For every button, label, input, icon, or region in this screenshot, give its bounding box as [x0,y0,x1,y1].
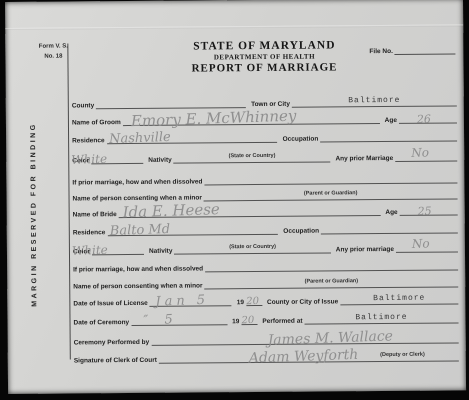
row-bride-name: Name of Bride Ida E. Heese Age 25 [73,203,458,218]
license-year-line: 20 [246,295,262,306]
bride-name-value: Ida E. Heese [122,202,220,220]
groom-color-value: White [71,153,107,166]
groom-prior-value: No [411,146,429,159]
bride-consent-label: Name of person consenting when a minor [73,283,204,291]
groom-occupation-label: Occupation [278,136,321,143]
bride-prior-value: No [412,237,430,250]
performed-at-value: Baltimore [355,313,407,322]
bride-nativity-label: Nativity [144,248,175,255]
file-no-field: File No. [369,44,455,55]
ceremony-year-prefix: 19 [227,319,241,326]
town-line: Baltimore [292,95,457,107]
bride-name-label: Name of Bride [73,212,119,219]
bride-residence-value: Balto Md [109,223,170,238]
groom-color-line: White [91,153,143,164]
bride-color-value: White [72,244,108,257]
performed-by-label: Ceremony Performed by [74,339,152,346]
row-bride-residence: Residence Balto Md Occupation [73,221,458,236]
binding-margin-rule [67,44,70,360]
document-header: STATE OF MARYLAND DEPARTMENT OF HEALTH R… [145,39,383,75]
bride-prior-label: Any prior marriage [331,246,396,253]
ceremony-date-line: ″ 5 [131,314,227,326]
bride-age-label: Age [380,209,399,216]
license-date-value: Jan 5 [156,294,210,309]
clerk-signature-value: Adam Weyforth [249,348,359,366]
groom-prior-label: Any prior Marriage [330,155,395,162]
groom-nativity-label: Nativity [143,157,174,164]
ceremony-year-value: 20 [241,316,254,326]
bride-nativity-line: (State or Country) [174,242,330,254]
bride-residence-label: Residence [73,230,108,237]
town-value: Baltimore [348,96,400,105]
county-line [96,97,246,109]
row-ceremony-date: Date of Ceremony ″ 5 19 20 Performed at … [73,311,458,326]
groom-name-value: Emory E. McWhinney [130,109,296,130]
bride-nativity-sublabel: (State or Country) [229,245,276,251]
row-bride-dissolved: If prior marriage, how and when dissolve… [73,258,458,273]
form-number: Form V. S. No. 18 [29,41,77,62]
bride-name-line: Ida E. Heese [119,205,381,218]
form-number-line2: No. 18 [29,52,77,63]
bride-consent-sublabel: (Parent or Guardian) [305,279,359,285]
groom-nativity-sublabel: (State or Country) [229,154,276,160]
row-performed-by: Ceremony Performed by James M. Wallace [74,331,459,346]
groom-name-line: Emory E. McWhinney [123,113,380,126]
performed-by-line: James M. Wallace [151,332,459,345]
groom-consent-line: (Parent or Guardian) [204,188,458,201]
performed-by-value: James M. Wallace [268,329,394,347]
header-title: REPORT OF MARRIAGE [145,61,383,75]
ceremony-date-label: Date of Ceremony [73,320,131,327]
groom-residence-line: Nashville [107,132,278,144]
row-bride-color: Color White Nativity (State or Country) … [73,240,458,255]
row-groom-residence: Residence Nashville Occupation [72,129,457,144]
groom-residence-value: Nashville [108,131,170,146]
groom-age-label: Age [380,117,399,124]
county-label: County [72,103,96,110]
bride-dissolved-line [205,259,458,272]
form-number-line1: Form V. S. [29,41,77,52]
row-groom-dissolved: If prior marriage, how and when dissolve… [72,171,457,186]
row-groom-color: Color White Nativity (State or Country) … [72,149,457,164]
binding-margin-note: MARGIN RESERVED FOR BINDING [30,84,39,346]
license-issue-line: Baltimore [340,293,458,305]
groom-nativity-line: (State or Country) [174,151,331,163]
row-license: Date of Issue of License Jan 5 19 20 Cou… [73,292,458,307]
document-scan: Form V. S. No. 18 MARGIN RESERVED FOR BI… [5,0,466,394]
row-groom-consent: Name of person consenting when a minor (… [72,187,457,202]
bride-age-line: 25 [400,204,458,215]
clerk-signature-line: Adam Weyforth (Deputy or Clerk) [159,350,459,363]
row-clerk-signature: Signature of Clerk of Court Adam Weyfort… [74,349,459,364]
license-issue-label: County or City of Issue [262,299,340,306]
groom-name-label: Name of Groom [72,120,123,127]
license-issue-value: Baltimore [373,294,425,303]
header-state: STATE OF MARYLAND [145,39,383,53]
ceremony-date-value: ″ 5 [143,313,179,327]
bride-residence-line: Balto Md [107,224,278,236]
groom-occupation-line [320,130,457,142]
ceremony-year-line: 20 [241,314,257,325]
groom-residence-label: Residence [72,138,107,145]
groom-dissolved-line [204,172,457,185]
license-date-line: Jan 5 [150,295,232,307]
groom-age-value: 26 [417,113,431,124]
file-no-line [395,44,456,54]
groom-prior-line: No [395,150,457,161]
groom-dissolved-label: If prior marriage, how and when dissolve… [72,179,204,187]
bride-color-line: White [92,244,144,255]
bride-dissolved-label: If prior marriage, how and when dissolve… [73,266,205,274]
file-no-label: File No. [369,48,395,55]
clerk-signature-sublabel: (Deputy or Clerk) [380,353,425,359]
groom-age-line: 26 [399,112,457,123]
license-date-label: Date of Issue of License [73,300,149,307]
performed-at-line: Baltimore [304,312,458,324]
bride-age-value: 25 [417,205,431,216]
clerk-signature-label: Signature of Clerk of Court [74,357,159,364]
bride-prior-line: No [396,241,458,252]
license-year-prefix: 19 [232,300,246,307]
bride-occupation-label: Occupation [278,228,321,235]
performed-at-label: Performed at [257,318,304,325]
bride-consent-line: (Parent or Guardian) [204,276,458,289]
groom-consent-sublabel: (Parent or Guardian) [304,191,358,197]
row-groom-name: Name of Groom Emory E. McWhinney Age 26 [72,111,457,126]
bride-occupation-line [321,222,458,234]
paper-fold-line [5,24,463,30]
license-year-value: 20 [246,297,259,307]
row-bride-consent: Name of person consenting when a minor (… [73,275,458,290]
